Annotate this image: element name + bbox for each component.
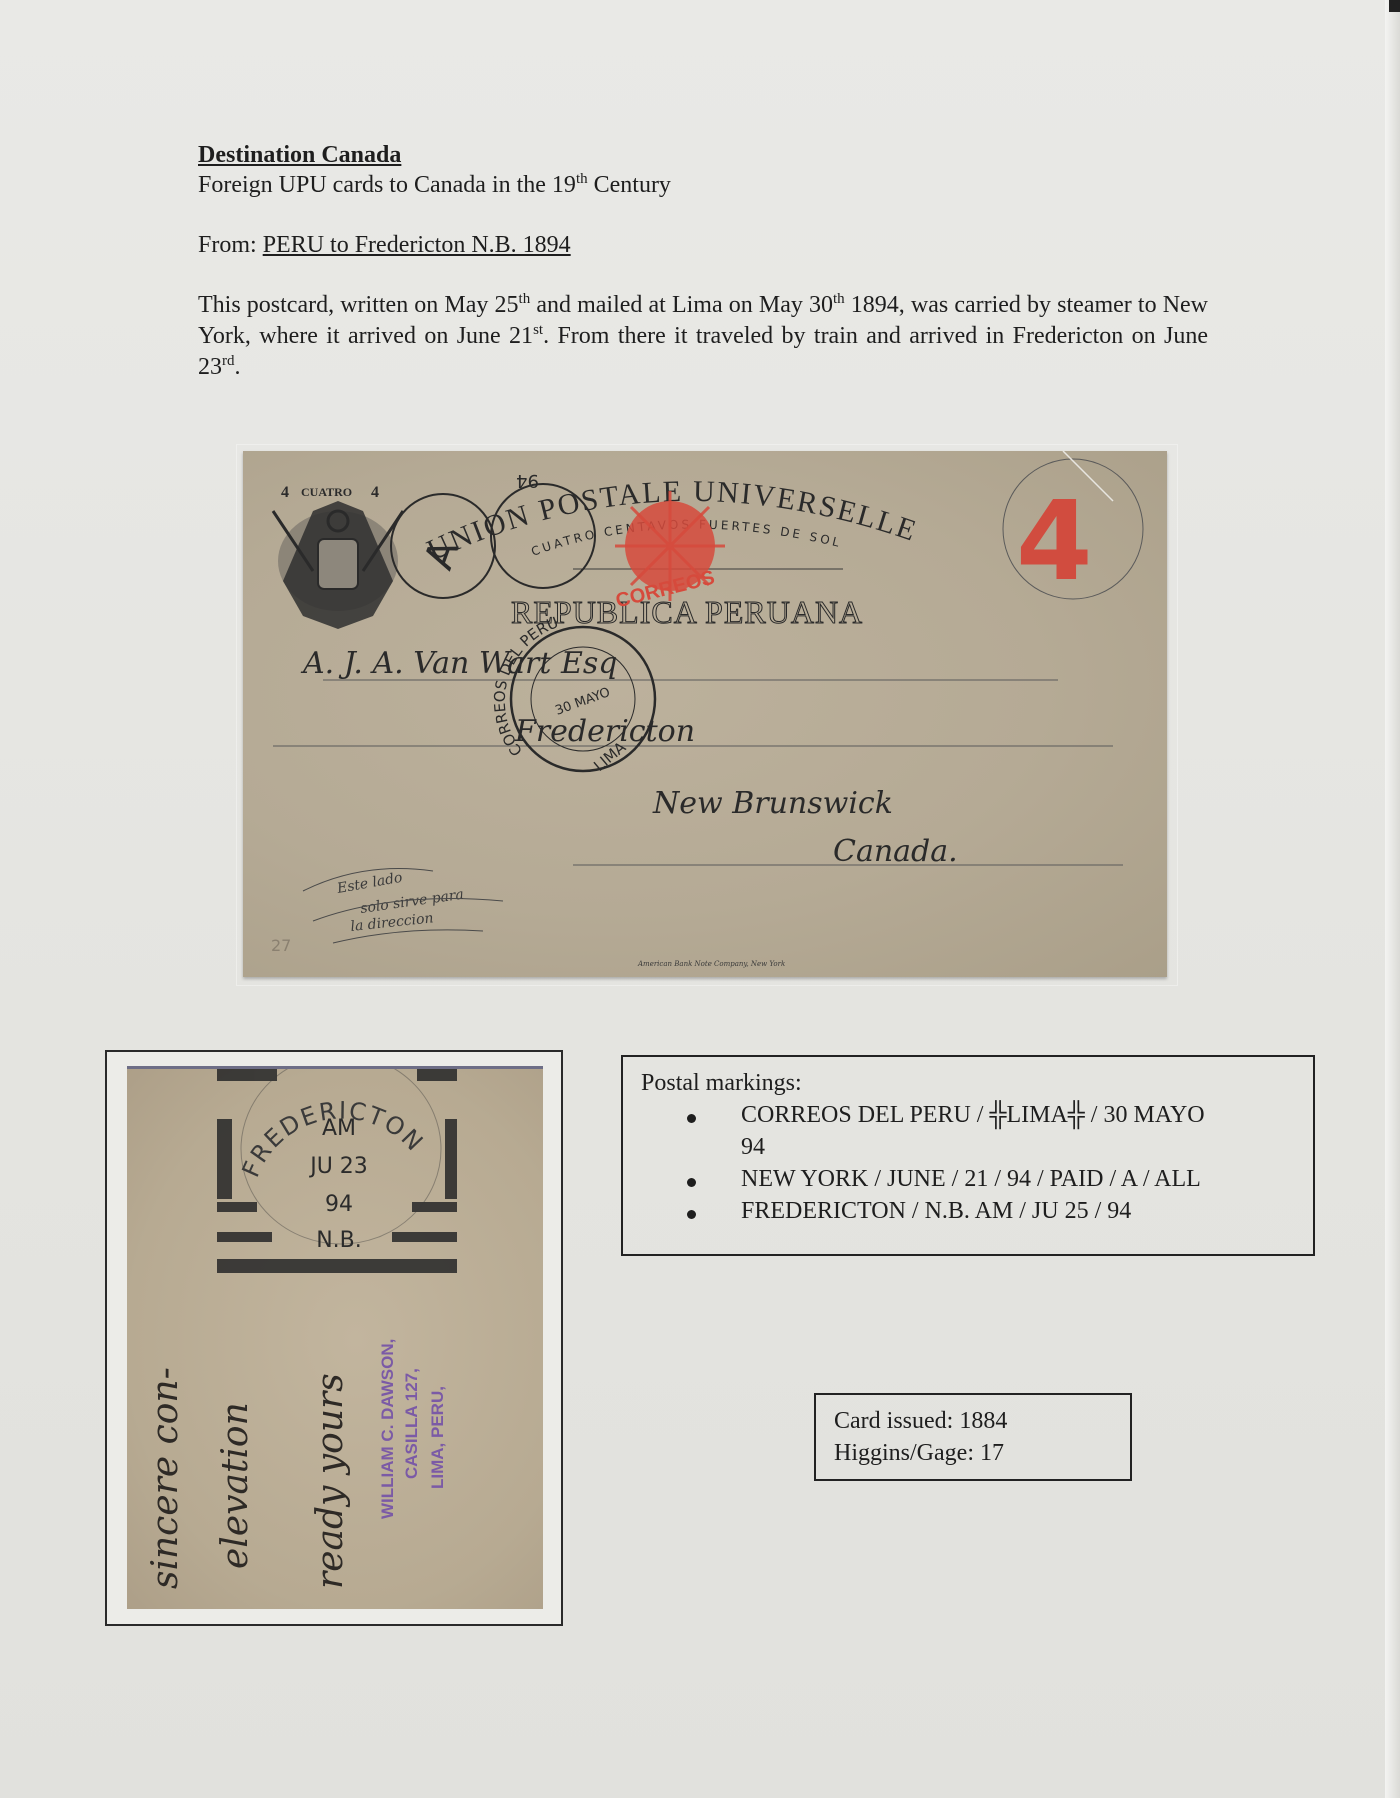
svg-text:JU 23: JU 23	[308, 1154, 368, 1179]
page-title: Destination Canada	[198, 140, 1218, 170]
svg-text:N.B.: N.B.	[316, 1228, 362, 1253]
svg-text:4: 4	[281, 484, 289, 501]
postcard-artwork: 4 CUATRO 4 UNION POSTALE UNIVERSELLE CUA…	[243, 451, 1167, 977]
marking-item: NEW YORK / JUNE / 21 / 94 / PAID / A / A…	[641, 1163, 1301, 1195]
detail-photo-frame: FREDERICTON AM JU 23 94 N.B. sincere con…	[105, 1050, 563, 1626]
svg-text:Fredericton: Fredericton	[514, 714, 695, 749]
origin-line: From: PERU to Fredericton N.B. 1894	[198, 230, 1218, 260]
svg-text:A. J. A. Van Wart Esq: A. J. A. Van Wart Esq	[300, 646, 617, 681]
svg-text:AM: AM	[322, 1116, 356, 1141]
svg-text:New Brunswick: New Brunswick	[652, 786, 893, 821]
card-info-box: Card issued: 1884 Higgins/Gage: 17	[814, 1393, 1132, 1481]
svg-text:American Bank Note Company, Ne: American Bank Note Company, New York	[637, 960, 785, 968]
postal-markings-heading: Postal markings:	[641, 1067, 1295, 1099]
svg-text:94: 94	[516, 470, 539, 491]
svg-text:4: 4	[371, 484, 379, 501]
page-edge	[1385, 0, 1400, 1798]
svg-text:CASILLA 127,: CASILLA 127,	[402, 1368, 421, 1479]
catalog-number: Higgins/Gage: 17	[834, 1437, 1112, 1469]
svg-text:94: 94	[325, 1192, 353, 1217]
page-subtitle: Foreign UPU cards to Canada in the 19th …	[198, 170, 1218, 200]
postcard-image: 4 CUATRO 4 UNION POSTALE UNIVERSELLE CUA…	[243, 451, 1167, 977]
origin-value: PERU to Fredericton N.B. 1894	[263, 232, 571, 258]
svg-text:Canada.: Canada.	[833, 834, 958, 869]
svg-text:WILLIAM C. DAWSON,: WILLIAM C. DAWSON,	[378, 1339, 397, 1519]
marking-item: CORREOS DEL PERU / ╬LIMA╬ / 30 MAYO 94	[641, 1099, 1221, 1163]
page-header: Destination Canada Foreign UPU cards to …	[198, 140, 1218, 383]
postal-markings-list: CORREOS DEL PERU / ╬LIMA╬ / 30 MAYO 94 N…	[641, 1099, 1295, 1227]
svg-text:LIMA, PERU,: LIMA, PERU,	[428, 1386, 447, 1489]
fredericton-postmark-artwork: FREDERICTON AM JU 23 94 N.B. sincere con…	[127, 1069, 543, 1609]
svg-text:4: 4	[1016, 477, 1093, 605]
postal-markings-box: Postal markings: CORREOS DEL PERU / ╬LIM…	[621, 1055, 1315, 1256]
svg-text:27: 27	[271, 936, 291, 955]
svg-text:REPUBLICA PERUANA: REPUBLICA PERUANA	[511, 594, 863, 630]
card-issued: Card issued: 1884	[834, 1405, 1112, 1437]
svg-text:elevation: elevation	[215, 1402, 256, 1569]
svg-text:Este lado: Este lado	[335, 870, 404, 897]
detail-photo: FREDERICTON AM JU 23 94 N.B. sincere con…	[127, 1066, 543, 1609]
stamp-frame: 4	[1003, 459, 1143, 605]
marking-item: FREDERICTON / N.B. AM / JU 25 / 94	[641, 1195, 1301, 1227]
svg-text:ready yours: ready yours	[310, 1373, 351, 1589]
svg-text:sincere con-: sincere con-	[145, 1367, 186, 1589]
svg-text:CUATRO: CUATRO	[301, 485, 352, 499]
description: This postcard, written on May 25th and m…	[198, 290, 1208, 383]
coat-of-arms-icon	[273, 501, 403, 629]
